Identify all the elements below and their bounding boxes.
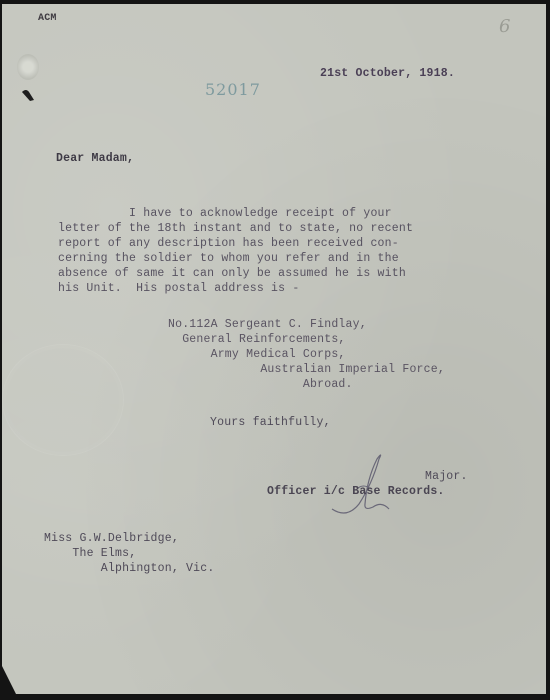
letter-page: ACM 6 52017 21st October, 1918. Dear Mad… <box>2 4 546 694</box>
recipient-address: Miss G.W.Delbridge, The Elms, Alphington… <box>44 531 214 576</box>
paper-stain <box>2 344 124 456</box>
reference-code: ACM <box>38 11 57 26</box>
torn-corner <box>2 666 16 694</box>
letter-date: 21st October, 1918. <box>320 66 455 81</box>
signatory-rank: Major. <box>425 469 468 484</box>
page-number: 6 <box>499 16 510 37</box>
punch-hole <box>17 54 39 80</box>
salutation: Dear Madam, <box>56 151 134 166</box>
soldier-postal-address: No.112A Sergeant C. Findlay, General Rei… <box>168 317 445 392</box>
letter-body: I have to acknowledge receipt of your le… <box>58 206 413 296</box>
signatory-title: Officer i/c Base Records. <box>267 484 445 499</box>
file-stamp-number: 52017 <box>205 80 261 99</box>
clip-mark-icon <box>20 88 38 104</box>
closing: Yours faithfully, <box>210 415 331 430</box>
